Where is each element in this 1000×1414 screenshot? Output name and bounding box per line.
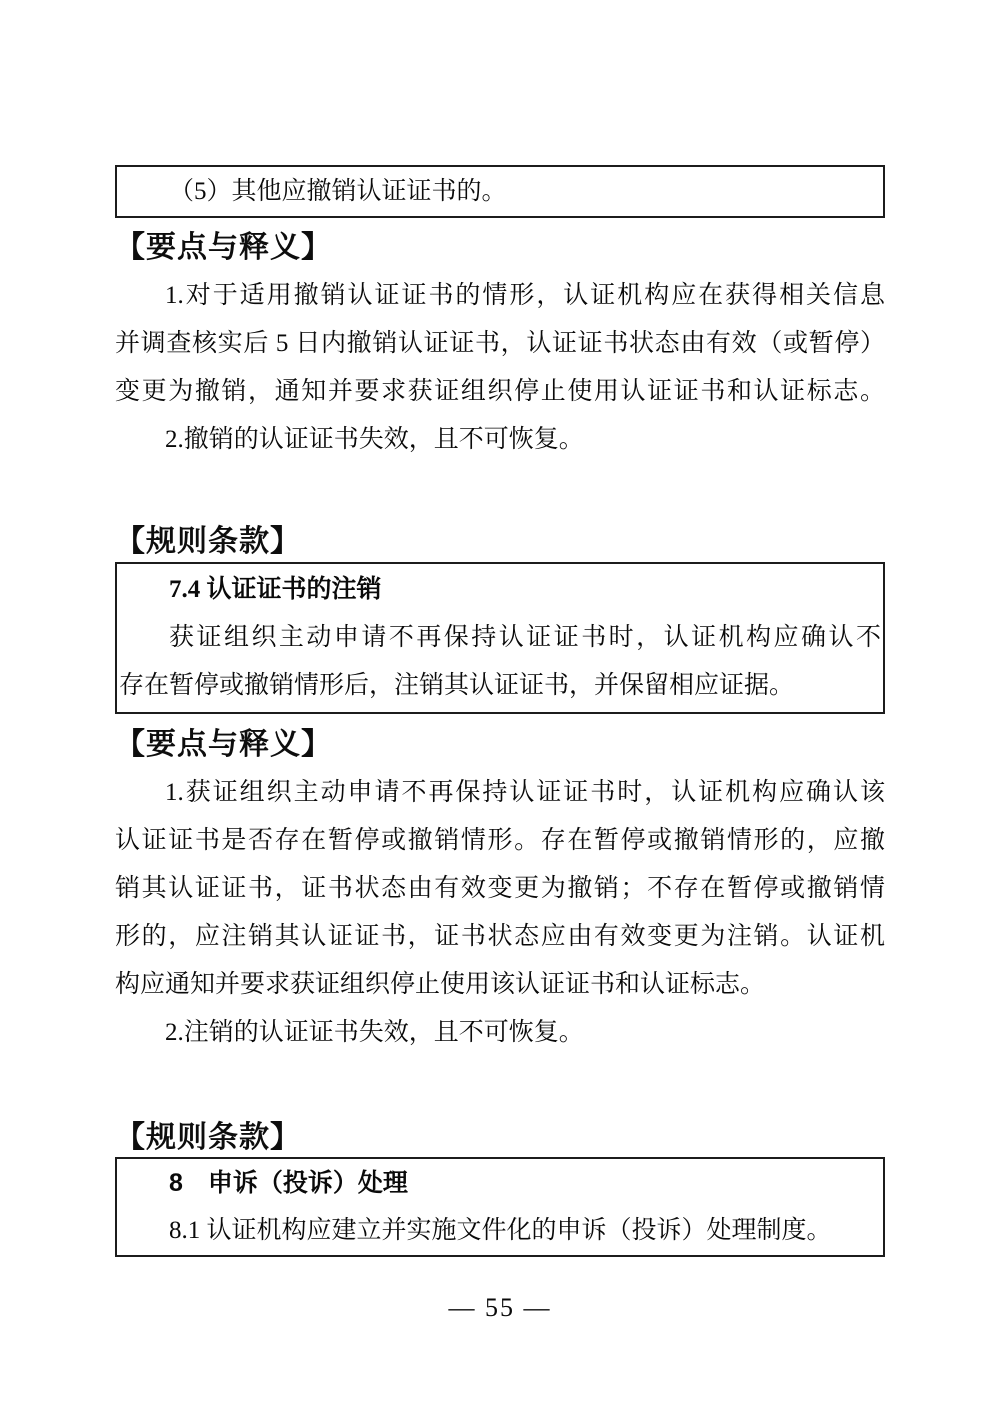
- page-number: — 55 —: [0, 1293, 1000, 1323]
- clause-8-1-text: 8.1 认证机构应建立并实施文件化的申诉（投诉）处理制度。: [119, 1207, 881, 1255]
- text-line: 获证组织主动申请不再保持认证证书时，认证机构应确认不: [119, 614, 881, 662]
- paragraph-cancel-point2: 2.注销的认证证书失效，且不可恢复。: [115, 1009, 885, 1057]
- text-line: 存在暂停或撤销情形后，注销其认证证书，并保留相应证据。: [119, 662, 881, 710]
- text-line: 并调查核实后 5 日内撤销认证证书，认证证书状态由有效（或暂停）: [115, 320, 885, 368]
- paragraph-revoke-point1: 1.对于适用撤销认证证书的情形，认证机构应在获得相关信息 并调查核实后 5 日内…: [115, 272, 885, 416]
- text-line: 2.撤销的认证证书失效，且不可恢复。: [115, 416, 885, 464]
- rule-excerpt-box-clause-7-4: 7.4 认证证书的注销 获证组织主动申请不再保持认证证书时，认证机构应确认不 存…: [115, 562, 885, 714]
- text-line: 销其认证证书，证书状态由有效变更为撤销；不存在暂停或撤销情: [115, 865, 885, 913]
- rule-item5-text: （5）其他应撤销认证证书的。: [119, 167, 881, 216]
- text-line: 构应通知并要求获证组织停止使用该认证证书和认证标志。: [115, 961, 885, 1009]
- paragraph-revoke-point2: 2.撤销的认证证书失效，且不可恢复。: [115, 416, 885, 464]
- text-line: 认证证书是否存在暂停或撤销情形。存在暂停或撤销情形的，应撤: [115, 817, 885, 865]
- paragraph-cancel-point1: 1.获证组织主动申请不再保持认证证书时，认证机构应确认该 认证证书是否存在暂停或…: [115, 769, 885, 1009]
- section-heading-rules-1: 【规则条款】: [115, 525, 885, 559]
- page-content: （5）其他应撤销认证证书的。 【要点与释义】 1.对于适用撤销认证证书的情形，认…: [115, 0, 885, 1257]
- text-line: 形的，应注销其认证证书，证书状态应由有效变更为注销。认证机: [115, 913, 885, 961]
- clause-8-title: 8 申诉（投诉）处理: [119, 1159, 881, 1207]
- text-line: 变更为撤销，通知并要求获证组织停止使用认证证书和认证标志。: [115, 368, 885, 416]
- rule-excerpt-box-clause-8: 8 申诉（投诉）处理 8.1 认证机构应建立并实施文件化的申诉（投诉）处理制度。: [115, 1157, 885, 1257]
- text-line: 1.获证组织主动申请不再保持认证证书时，认证机构应确认该: [115, 769, 885, 817]
- rule-excerpt-box-item5: （5）其他应撤销认证证书的。: [115, 165, 885, 218]
- clause-7-4-title: 7.4 认证证书的注销: [119, 566, 881, 614]
- text-line: 2.注销的认证证书失效，且不可恢复。: [115, 1009, 885, 1057]
- text-line: 1.对于适用撤销认证证书的情形，认证机构应在获得相关信息: [115, 272, 885, 320]
- section-heading-rules-2: 【规则条款】: [115, 1121, 885, 1155]
- document-page: （5）其他应撤销认证证书的。 【要点与释义】 1.对于适用撤销认证证书的情形，认…: [0, 0, 1000, 1414]
- section-heading-keypoints-2: 【要点与释义】: [115, 728, 885, 762]
- section-heading-keypoints-1: 【要点与释义】: [115, 231, 885, 265]
